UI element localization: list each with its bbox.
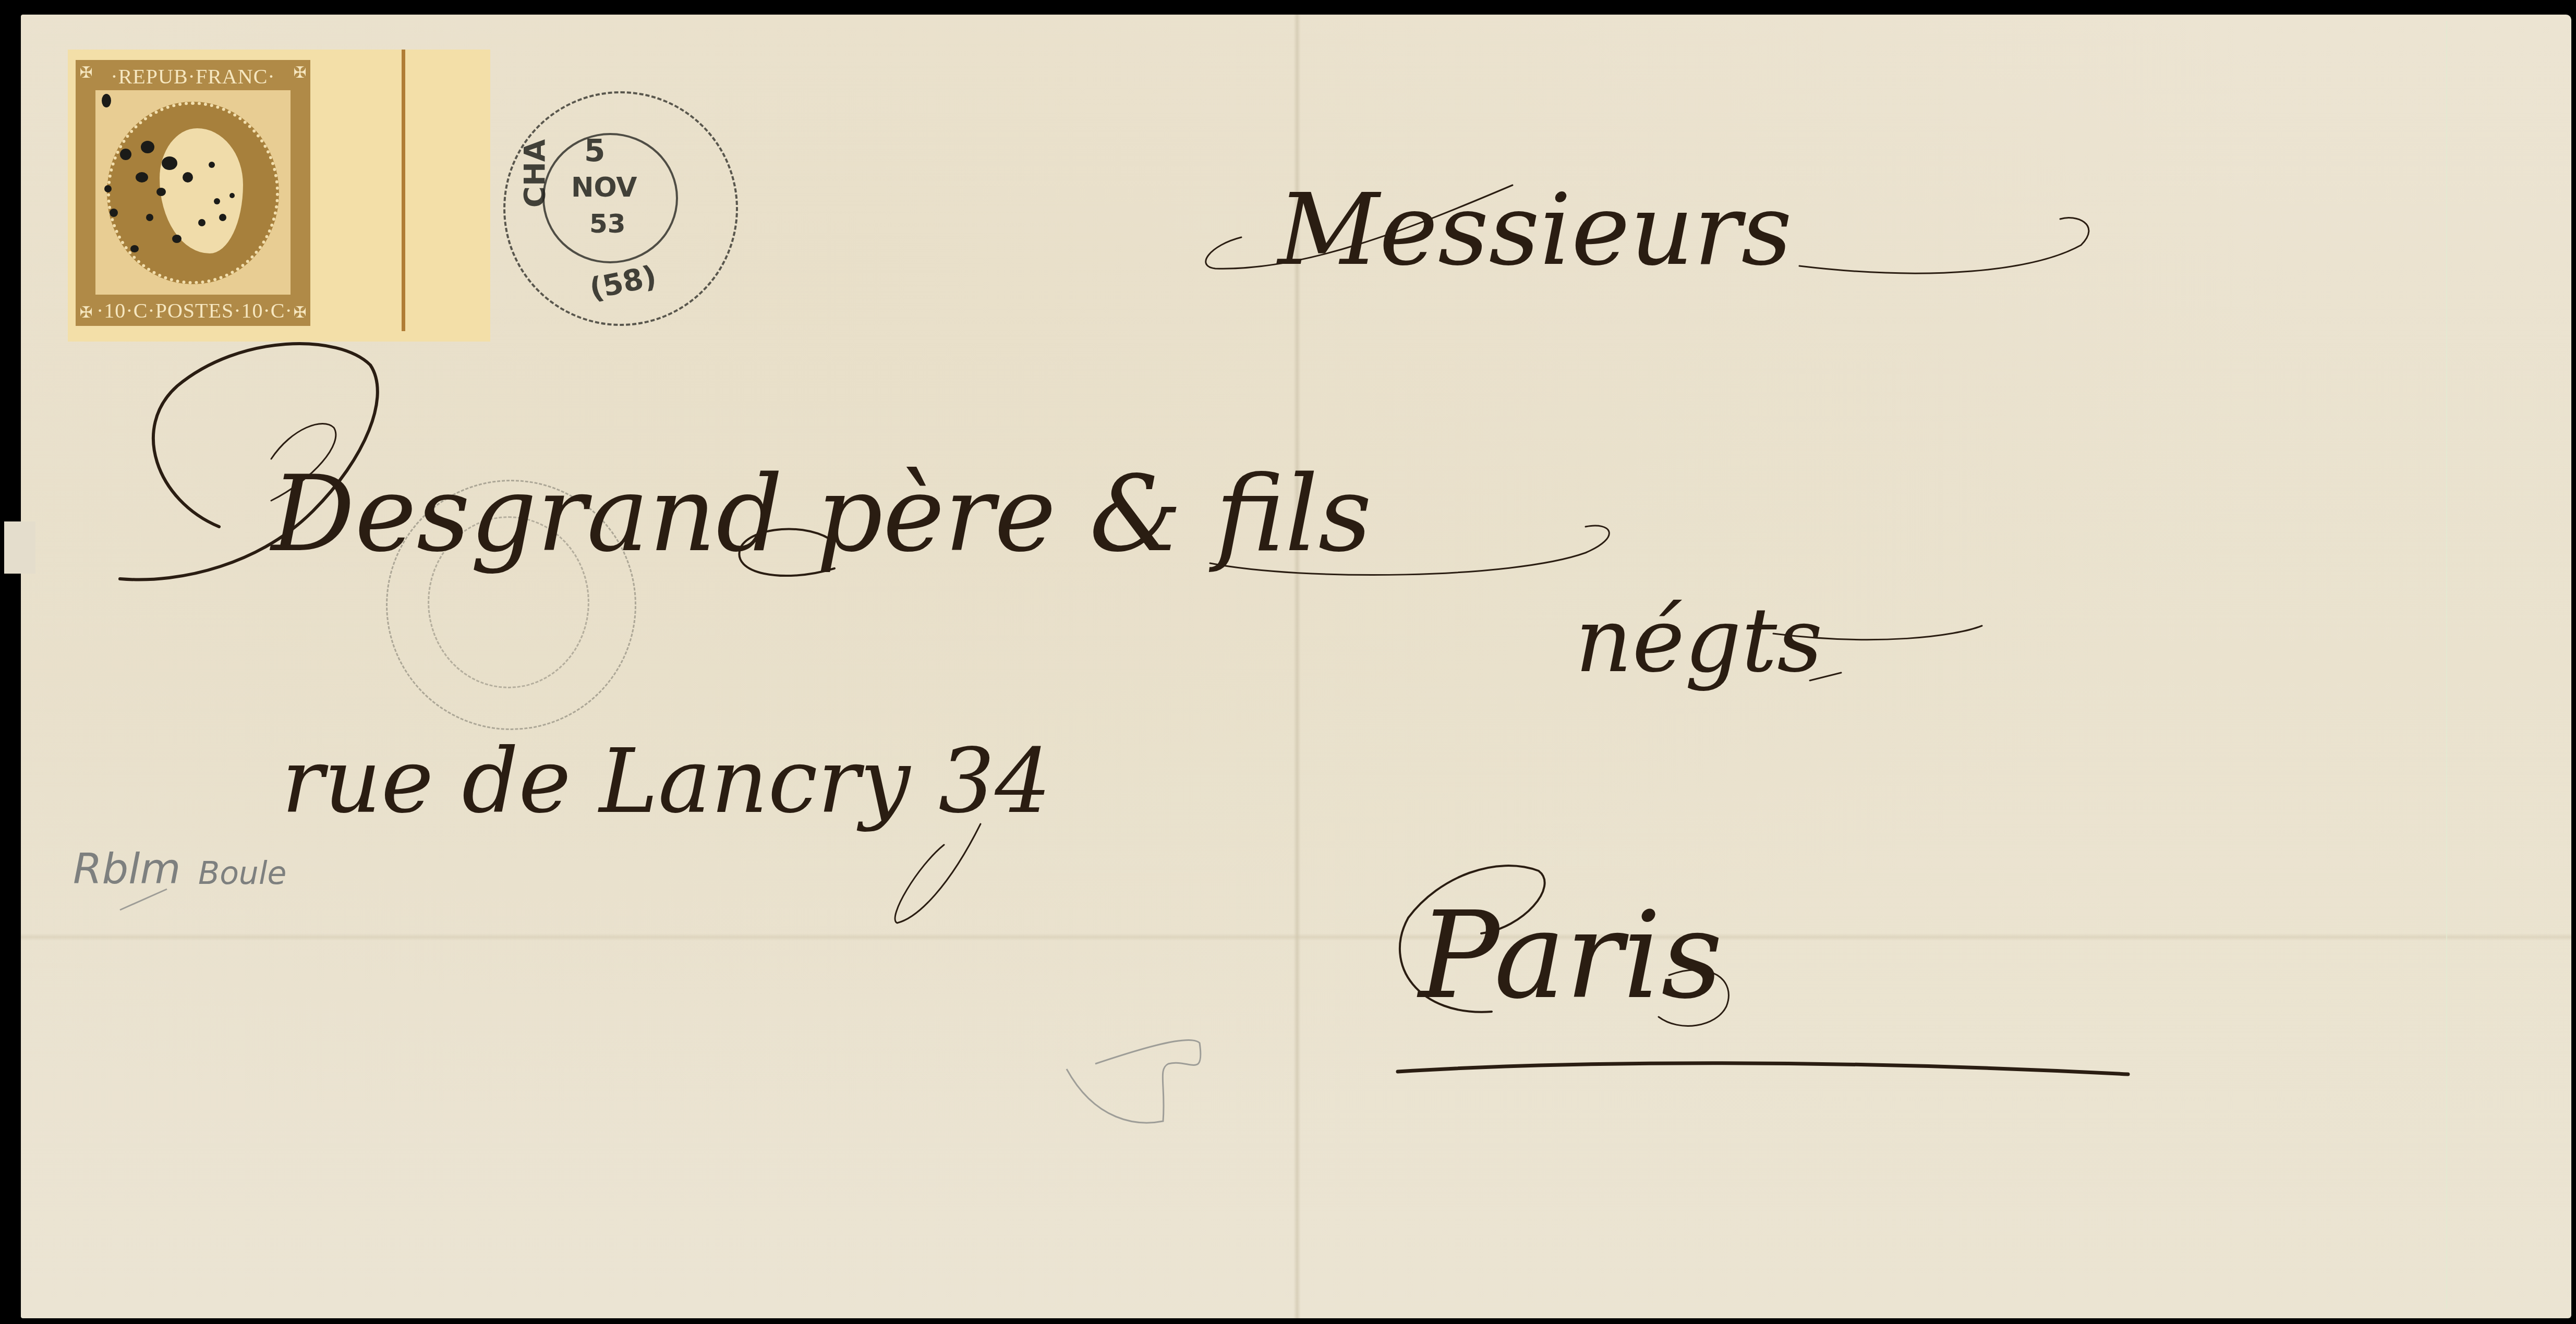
occupation-text: négts xyxy=(1575,589,1822,693)
pencil-note: Boule xyxy=(198,855,286,892)
street-address-text: rue de Lancry 34 xyxy=(282,730,1051,833)
pencil-signature: Rblm xyxy=(73,845,181,893)
city-text: Paris xyxy=(1419,886,1723,1026)
addressee-text: Desgrand père & fils xyxy=(271,454,1372,575)
salutation-text: Messieurs xyxy=(1278,172,1792,287)
